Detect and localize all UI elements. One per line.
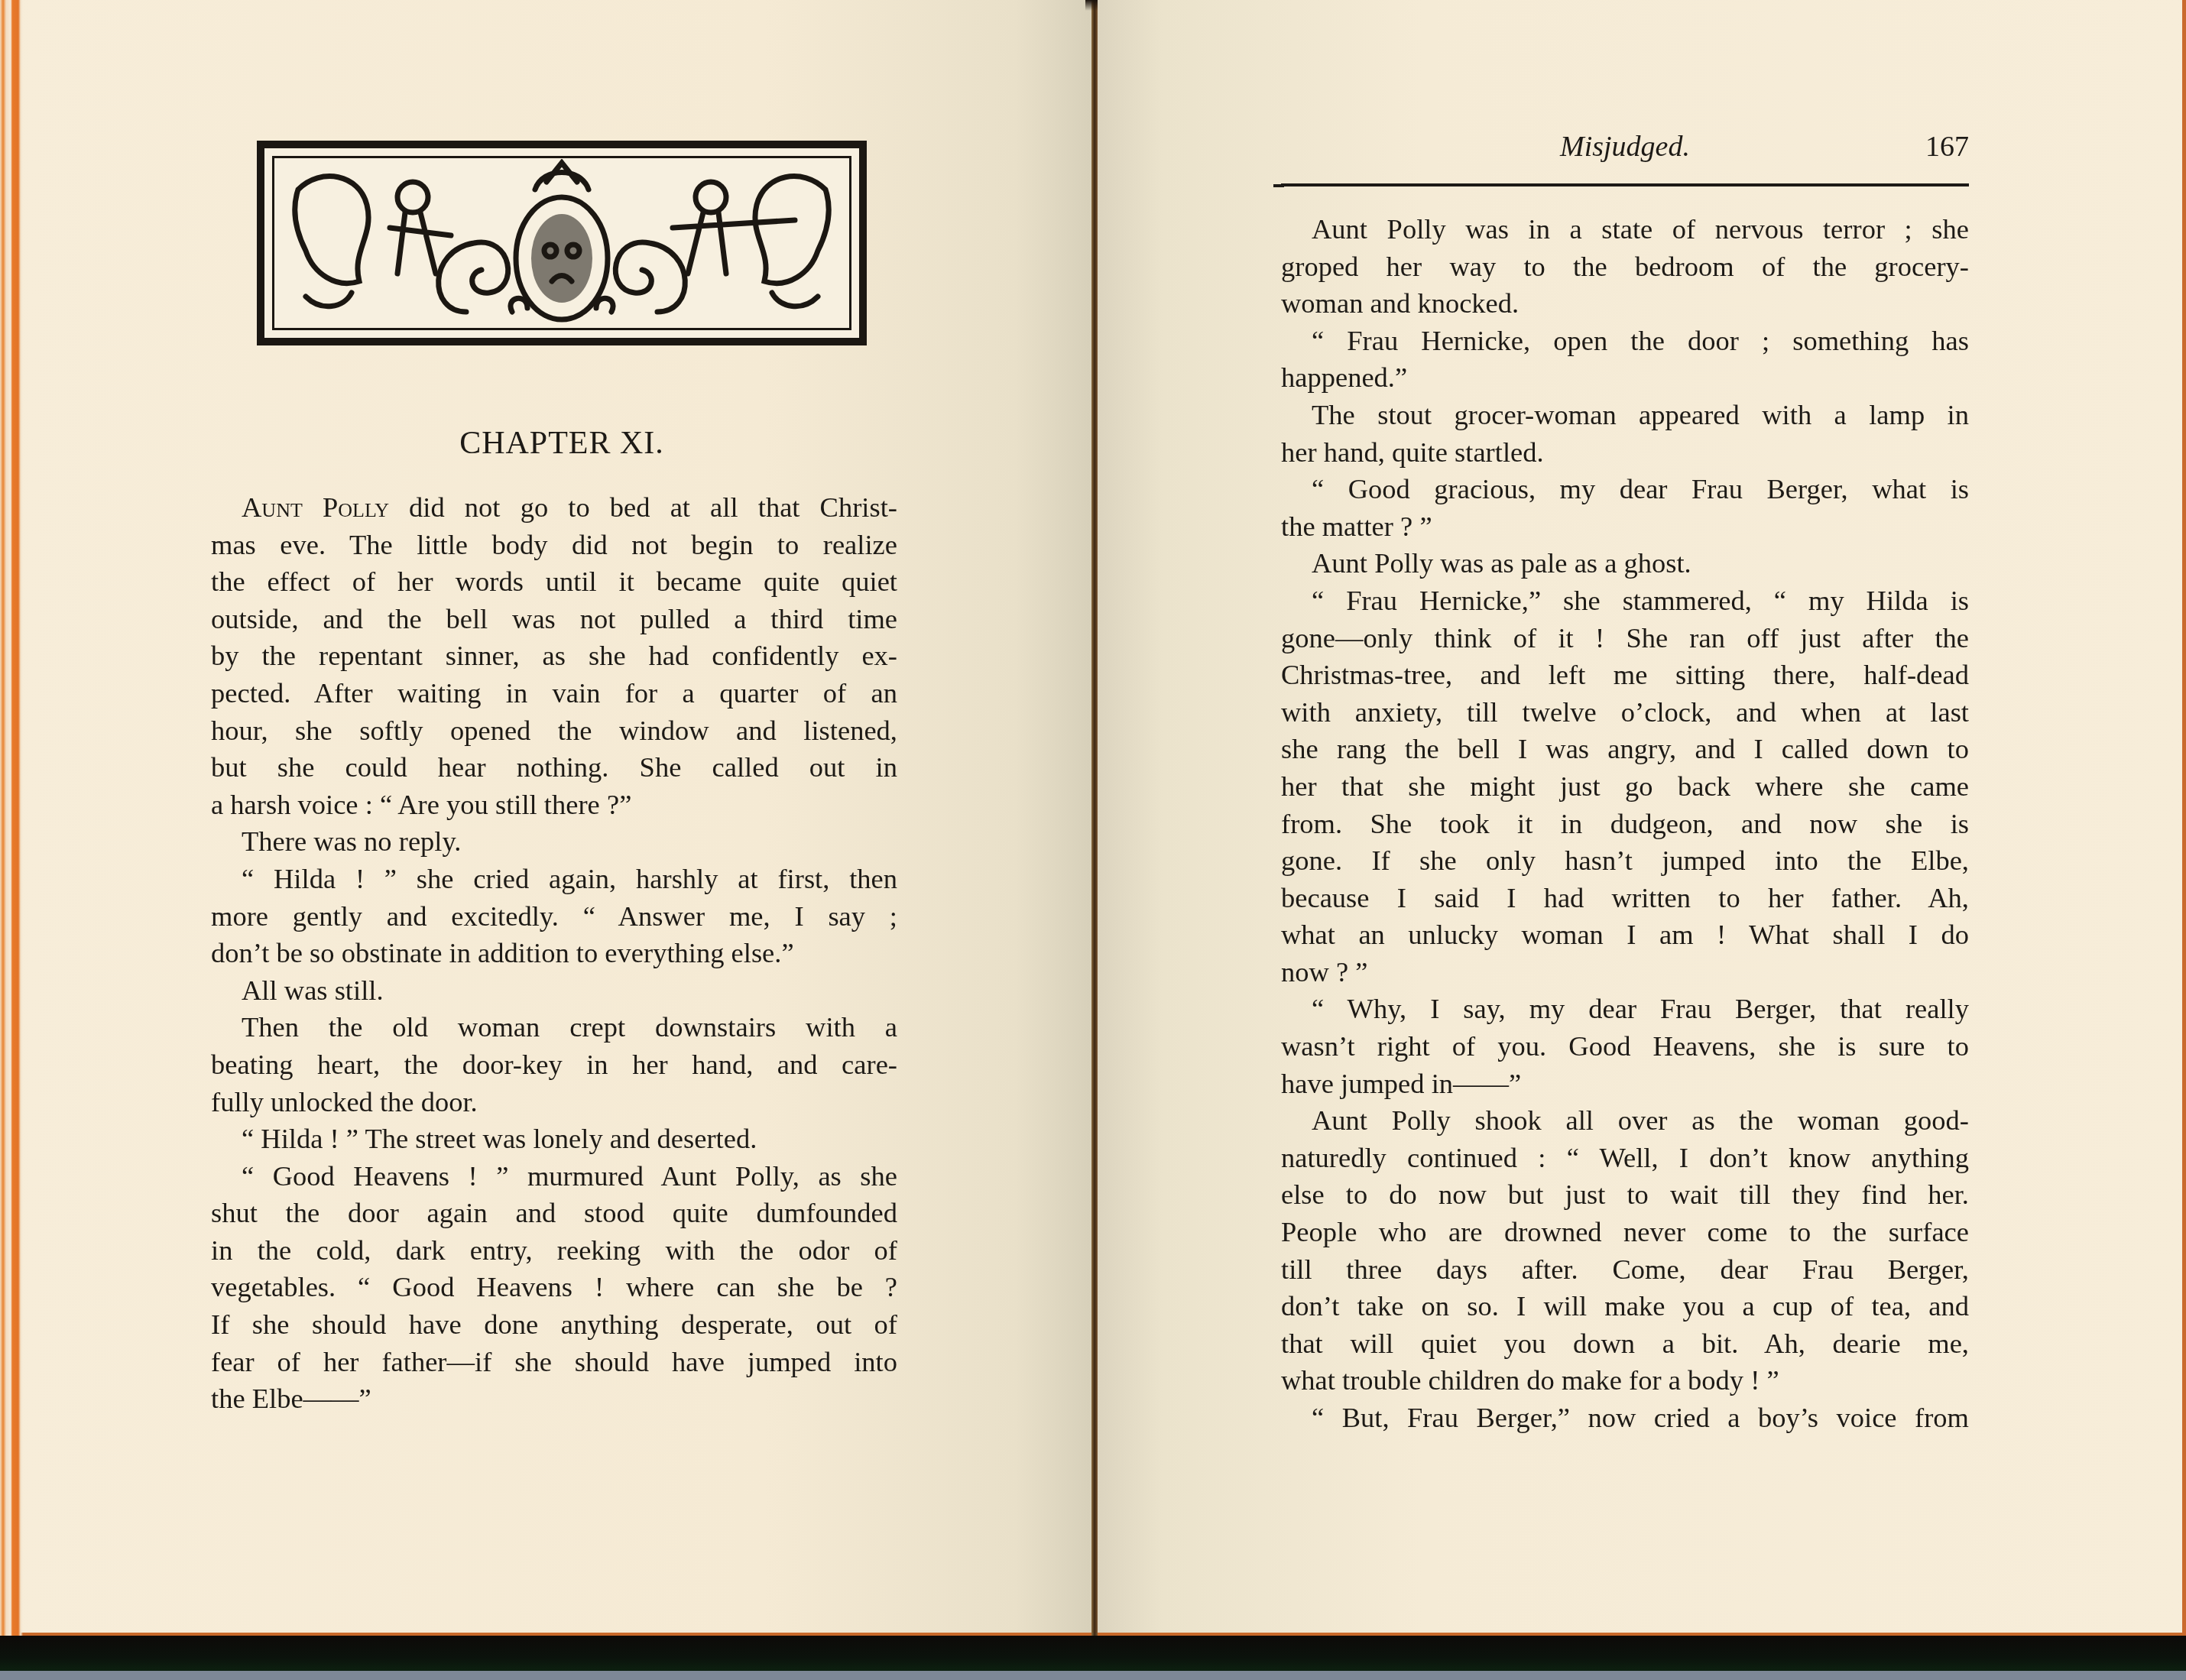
text-line: hour, she softly opened the window and l… [211,712,897,750]
line-text: what an unlucky woman I am ! What shall … [1281,919,1969,950]
text-line: naturedly continued : “ Well, I don’t kn… [1281,1140,1969,1177]
line-text: “ Why, I say, my dear Frau Berger, that … [1312,993,1969,1024]
line-text: If she should have done anything despera… [211,1309,897,1340]
text-line: Aunt Polly was in a state of nervous ter… [1281,211,1969,248]
line-text: Aunt Polly was as pale as a ghost. [1312,547,1691,579]
line-text: naturedly continued : “ Well, I don’t kn… [1281,1142,1969,1173]
text-line: because I said I had written to her fath… [1281,880,1969,917]
line-text: pected. After waiting in vain for a quar… [211,677,897,709]
line-text: gone. If she only hasn’t jumped into the… [1281,845,1969,876]
text-line: now ? ” [1281,954,1969,991]
text-line: “ Why, I say, my dear Frau Berger, that … [1281,991,1969,1028]
line-text: vegetables. “ Good Heavens ! where can s… [211,1271,897,1302]
line-text: with anxiety, till twelve o’clock, and w… [1281,696,1969,728]
line-text: “ Good Heavens ! ” murmured Aunt Polly, … [242,1160,897,1192]
line-text: her that she might just go back where sh… [1281,770,1969,802]
text-line: her hand, quite startled. [1281,434,1969,472]
text-line: don’t be so obstinate in addition to eve… [211,935,897,972]
line-text: wasn’t right of you. Good Heavens, she i… [1281,1030,1969,1062]
text-line: till three days after. Come, dear Frau B… [1281,1251,1969,1289]
line-text: Then the old woman crept downstairs with… [242,1011,897,1043]
line-text: fully unlocked the door. [211,1086,478,1117]
line-text: the effect of her words until it became … [211,566,897,597]
line-text: did not go to bed at all that Christ- [389,491,897,523]
text-line: beating heart, the door-key in her hand,… [211,1046,897,1084]
text-line: gone—only think of it ! She ran off just… [1281,620,1969,657]
line-text: Aunt Polly was in a state of nervous ter… [1312,213,1969,245]
text-line: a harsh voice : “ Are you still there ?” [211,786,897,824]
line-text: hour, she softly opened the window and l… [211,715,897,746]
line-text: beating heart, the door-key in her hand,… [211,1049,897,1080]
line-text: Aunt Polly shook all over as the woman g… [1312,1104,1969,1136]
line-text: There was no reply. [242,825,462,857]
line-text: happened.” [1281,362,1407,393]
text-line: “ Hilda ! ” she cried again, harshly at … [211,861,897,898]
text-line: she rang the bell I was angry, and I cal… [1281,731,1969,768]
line-text: mas eve. The little body did not begin t… [211,529,897,560]
text-line: “ Frau Hernicke, open the door ; somethi… [1281,323,1969,360]
text-line: but she could hear nothing. She called o… [211,749,897,786]
text-line: Aunt Polly shook all over as the woman g… [1281,1102,1969,1140]
line-text: from. She took it in dudgeon, and now sh… [1281,808,1969,839]
text-line: Aunt Polly did not go to bed at all that… [211,489,897,527]
line-text: that will quiet you down a bit. Ah, dear… [1281,1328,1969,1359]
text-line: more gently and excitedly. “ Answer me, … [211,898,897,936]
text-line: fully unlocked the door. [211,1084,897,1121]
text-line: from. She took it in dudgeon, and now sh… [1281,806,1969,843]
text-line: the effect of her words until it became … [211,563,897,601]
line-text: now ? ” [1281,956,1368,988]
text-line: pected. After waiting in vain for a quar… [211,675,897,712]
line-text: the Elbe——” [211,1383,371,1414]
woodcut-ornament-icon [275,159,848,327]
line-text: All was still. [242,975,384,1006]
text-line: that will quiet you down a bit. Ah, dear… [1281,1325,1969,1363]
text-line: The stout grocer-woman appeared with a l… [1281,397,1969,434]
line-text: more gently and excitedly. “ Answer me, … [211,900,897,932]
right-page-body: Aunt Polly was in a state of nervous ter… [1281,211,1969,1437]
text-line: what an unlucky woman I am ! What shall … [1281,916,1969,954]
line-text: else to do now but just to wait till the… [1281,1179,1969,1210]
text-line: don’t take on so. I will make you a cup … [1281,1288,1969,1325]
line-text: don’t be so obstinate in addition to eve… [211,937,794,968]
line-text: till three days after. Come, dear Frau B… [1281,1254,1969,1285]
text-line: what trouble children do make for a body… [1281,1362,1969,1399]
text-line: groped her way to the bedroom of the gro… [1281,248,1969,286]
text-line: Then the old woman crept downstairs with… [211,1009,897,1046]
scan-background [0,1671,2186,1680]
line-text: by the repentant sinner, as she had conf… [211,640,897,671]
text-line: If she should have done anything despera… [211,1306,897,1344]
running-header: Misjudged. 167 [1281,130,1969,168]
text-line: “ But, Frau Berger,” now cried a boy’s v… [1281,1399,1969,1437]
text-line: outside, and the bell was not pulled a t… [211,601,897,638]
text-line: in the cold, dark entry, reeking with th… [211,1232,897,1270]
line-text: “ Frau Hernicke, open the door ; somethi… [1312,325,1969,356]
line-text: outside, and the bell was not pulled a t… [211,603,897,634]
text-line: vegetables. “ Good Heavens ! where can s… [211,1269,897,1306]
left-page-body: Aunt Polly did not go to bed at all that… [211,489,897,1418]
text-line: People who are drowned never come to the… [1281,1214,1969,1251]
text-line: with anxiety, till twelve o’clock, and w… [1281,694,1969,731]
text-line: happened.” [1281,359,1969,397]
line-text: the matter ? ” [1281,511,1432,542]
running-title: Misjudged. [1281,130,1969,164]
line-text: don’t take on so. I will make you a cup … [1281,1290,1969,1322]
text-line: “ Frau Hernicke,” she stammered, “ my Hi… [1281,582,1969,620]
text-line: Christmas-tree, and left me sitting ther… [1281,657,1969,694]
text-line: “ Good gracious, my dear Frau Berger, wh… [1281,471,1969,508]
page-edges [0,0,23,1636]
header-rule [1281,183,1969,186]
line-text: “ Frau Hernicke,” she stammered, “ my Hi… [1312,585,1969,616]
text-line: Aunt Polly was as pale as a ghost. [1281,545,1969,582]
text-line: There was no reply. [211,823,897,861]
line-text: shut the door again and stood quite dumf… [211,1197,897,1228]
line-text: a harsh voice : “ Are you still there ?” [211,789,631,820]
text-line: else to do now but just to wait till the… [1281,1176,1969,1214]
line-text: Christmas-tree, and left me sitting ther… [1281,659,1969,690]
text-line: the Elbe——” [211,1380,897,1418]
line-text: gone—only think of it ! She ran off just… [1281,622,1969,654]
text-line: All was still. [211,972,897,1010]
text-line: fear of her father—if she should have ju… [211,1344,897,1381]
text-line: “ Good Heavens ! ” murmured Aunt Polly, … [211,1158,897,1195]
drop-smallcaps: Aunt Polly [242,491,389,523]
text-line: by the repentant sinner, as she had conf… [211,637,897,675]
text-line: her that she might just go back where sh… [1281,768,1969,806]
line-text: groped her way to the bedroom of the gro… [1281,251,1969,282]
line-text: “ Hilda ! ” she cried again, harshly at … [242,863,897,894]
book-gutter [1091,0,1098,1636]
text-line: shut the door again and stood quite dumf… [211,1195,897,1232]
line-text: People who are drowned never come to the… [1281,1216,1969,1247]
text-line: woman and knocked. [1281,285,1969,323]
line-text: fear of her father—if she should have ju… [211,1346,897,1377]
chapter-title: CHAPTER XI. [257,425,867,462]
text-line: “ Hilda ! ” The street was lonely and de… [211,1121,897,1158]
line-text: “ Good gracious, my dear Frau Berger, wh… [1312,473,1969,504]
line-text: in the cold, dark entry, reeking with th… [211,1234,897,1266]
line-text: she rang the bell I was angry, and I cal… [1281,733,1969,764]
line-text: “ Hilda ! ” The street was lonely and de… [242,1123,757,1154]
ornamental-headpiece [257,141,867,345]
line-text: what trouble children do make for a body… [1281,1364,1779,1396]
text-line: mas eve. The little body did not begin t… [211,527,897,564]
line-text: “ But, Frau Berger,” now cried a boy’s v… [1312,1402,1969,1433]
text-line: wasn’t right of you. Good Heavens, she i… [1281,1028,1969,1065]
line-text: her hand, quite startled. [1281,436,1544,468]
book-spread: CHAPTER XI. Aunt Polly did not go to bed… [0,0,2186,1637]
text-line: gone. If she only hasn’t jumped into the… [1281,842,1969,880]
text-line: have jumped in——” [1281,1065,1969,1103]
line-text: have jumped in——” [1281,1068,1521,1099]
text-line: the matter ? ” [1281,508,1969,546]
line-text: woman and knocked. [1281,287,1519,319]
line-text: because I said I had written to her fath… [1281,882,1969,913]
book-cover-edge [0,1636,2186,1672]
line-text: The stout grocer-woman appeared with a l… [1312,399,1969,430]
line-text: but she could hear nothing. She called o… [211,751,897,783]
page-number: 167 [1925,130,1969,164]
